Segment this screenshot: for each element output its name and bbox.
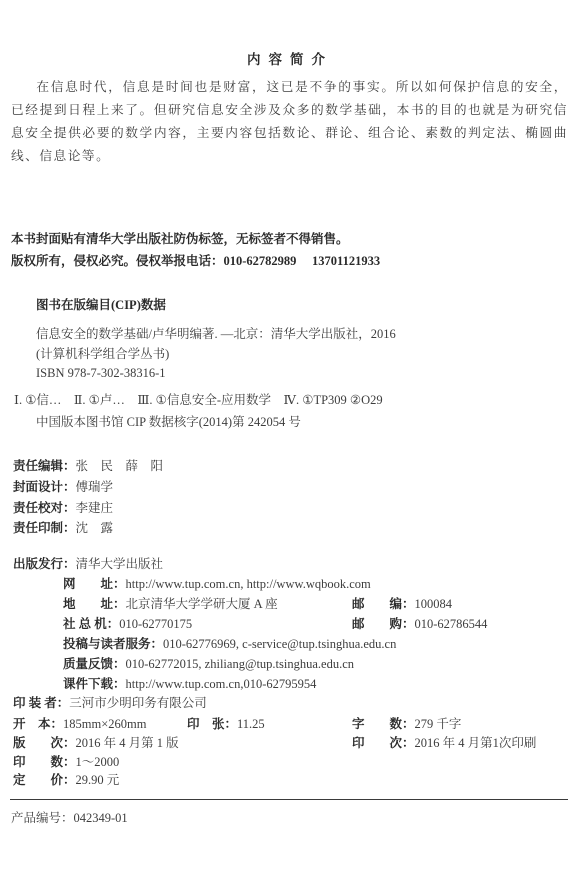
print-run-label: 印 数： xyxy=(13,755,76,769)
cip-header: 图书在版编目(CIP)数据 xyxy=(36,297,166,313)
price-row: 定 价：29.90 元 xyxy=(13,772,119,788)
reader-service-value: 010-62776969, c-service@tup.tsinghua.edu… xyxy=(163,637,396,651)
printer-row: 印 装 者：三河市少明印务有限公司 xyxy=(13,695,207,711)
cip-registry: 中国版本图书馆 CIP 数据核字(2014)第 242054 号 xyxy=(36,414,301,430)
format-value: 185mm×260mm xyxy=(63,717,146,731)
credit-editor-value: 张 民 薛 阳 xyxy=(76,459,164,473)
credit-proofreader-value: 李建庄 xyxy=(76,501,114,515)
switchboard-label: 社 总 机： xyxy=(63,617,119,631)
publisher-label: 出版发行： xyxy=(13,557,76,571)
credit-print-supervisor-value: 沈 露 xyxy=(76,521,114,535)
zipcode-row: 邮 编：100084 xyxy=(352,596,452,612)
copyright-page: 内容简介 在信息时代，信息是时间也是财富，这已是不争的事实。所以如何保护信息的安… xyxy=(0,0,580,891)
credit-print-supervisor-label: 责任印制： xyxy=(13,521,76,535)
credit-proofreader-label: 责任校对： xyxy=(13,501,76,515)
publisher-value: 清华大学出版社 xyxy=(76,557,164,571)
print-run-value: 1～2000 xyxy=(76,755,120,769)
website-value: http://www.tup.com.cn, http://www.wqbook… xyxy=(126,577,371,591)
quality-feedback-row: 质量反馈：010-62772015, zhiliang@tup.tsinghua… xyxy=(63,656,354,672)
format-row: 开 本：185mm×260mm xyxy=(13,716,146,732)
cip-book-line: 信息安全的数学基础/卢华明编著. —北京：清华大学出版社，2016 xyxy=(36,326,396,342)
reader-service-row: 投稿与读者服务：010-62776969, c-service@tup.tsin… xyxy=(63,636,396,652)
cip-isbn: ISBN 978-7-302-38316-1 xyxy=(36,365,166,381)
credit-print-supervisor: 责任印制：沈 露 xyxy=(13,520,113,536)
website-label: 网 址： xyxy=(63,577,126,591)
edition-label: 版 次： xyxy=(13,736,76,750)
printer-label: 印 装 者： xyxy=(13,696,69,710)
cip-classification: Ⅰ. ①信… Ⅱ. ①卢… Ⅲ. ①信息安全-应用数学 Ⅳ. ①TP309 ②O… xyxy=(14,392,383,408)
publisher-row: 出版发行：清华大学出版社 xyxy=(13,556,163,572)
credit-editor: 责任编辑：张 民 薛 阳 xyxy=(13,458,163,474)
format-label: 开 本： xyxy=(13,717,63,731)
printer-value: 三河市少明印务有限公司 xyxy=(69,696,207,710)
product-number-value: 042349-01 xyxy=(74,811,128,825)
footer-divider xyxy=(10,799,568,800)
quality-feedback-value: 010-62772015, zhiliang@tup.tsinghua.edu.… xyxy=(126,657,355,671)
credit-cover-design-label: 封面设计： xyxy=(13,480,76,494)
switchboard-row: 社 总 机：010-62770175 xyxy=(63,616,192,632)
address-label: 地 址： xyxy=(63,597,126,611)
mailorder-value: 010-62786544 xyxy=(415,617,488,631)
impression-label: 印 次： xyxy=(352,736,415,750)
address-row: 地 址：北京清华大学学研大厦 A 座 xyxy=(63,596,278,612)
sheets-label: 印 张： xyxy=(187,717,237,731)
anti-counterfeit-notice: 本书封面贴有清华大学出版社防伪标签，无标签者不得销售。 xyxy=(11,231,349,247)
courseware-value: http://www.tup.com.cn,010-62795954 xyxy=(126,677,317,691)
word-count-row: 字 数：279 千字 xyxy=(352,716,461,732)
courseware-row: 课件下载：http://www.tup.com.cn,010-62795954 xyxy=(63,676,316,692)
mailorder-row: 邮 购：010-62786544 xyxy=(352,616,487,632)
content-summary-paragraph: 在信息时代，信息是时间也是财富，这已是不争的事实。所以如何保护信息的安全，已经提… xyxy=(11,76,568,168)
impression-row: 印 次：2016 年 4 月第1次印刷 xyxy=(352,735,536,751)
price-label: 定 价： xyxy=(13,773,76,787)
product-number-label: 产品编号： xyxy=(11,811,74,825)
print-run-row: 印 数：1～2000 xyxy=(13,754,119,770)
zipcode-label: 邮 编： xyxy=(352,597,415,611)
credit-cover-design-value: 傅瑞学 xyxy=(76,480,114,494)
edition-row: 版 次：2016 年 4 月第 1 版 xyxy=(13,735,179,751)
impression-value: 2016 年 4 月第1次印刷 xyxy=(415,736,537,750)
edition-value: 2016 年 4 月第 1 版 xyxy=(76,736,179,750)
credit-editor-label: 责任编辑： xyxy=(13,459,76,473)
website-row: 网 址：http://www.tup.com.cn, http://www.wq… xyxy=(63,576,371,592)
section-title-content-summary: 内容简介 xyxy=(0,48,580,68)
word-count-value: 279 千字 xyxy=(415,717,462,731)
word-count-label: 字 数： xyxy=(352,717,415,731)
copyright-notice: 版权所有，侵权必究。侵权举报电话：010-62782989 1370112193… xyxy=(11,253,380,269)
credit-proofreader: 责任校对：李建庄 xyxy=(13,500,113,516)
quality-feedback-label: 质量反馈： xyxy=(63,657,126,671)
sheets-row: 印 张：11.25 xyxy=(187,716,265,732)
reader-service-label: 投稿与读者服务： xyxy=(63,637,163,651)
product-number-row: 产品编号：042349-01 xyxy=(11,810,128,826)
address-value: 北京清华大学学研大厦 A 座 xyxy=(126,597,278,611)
sheets-value: 11.25 xyxy=(237,717,265,731)
switchboard-value: 010-62770175 xyxy=(119,617,192,631)
mailorder-label: 邮 购： xyxy=(352,617,415,631)
credit-cover-design: 封面设计：傅瑞学 xyxy=(13,479,113,495)
zipcode-value: 100084 xyxy=(415,597,453,611)
courseware-label: 课件下载： xyxy=(63,677,126,691)
price-value: 29.90 元 xyxy=(76,773,120,787)
cip-series-line: (计算机科学组合学丛书) xyxy=(36,346,169,362)
